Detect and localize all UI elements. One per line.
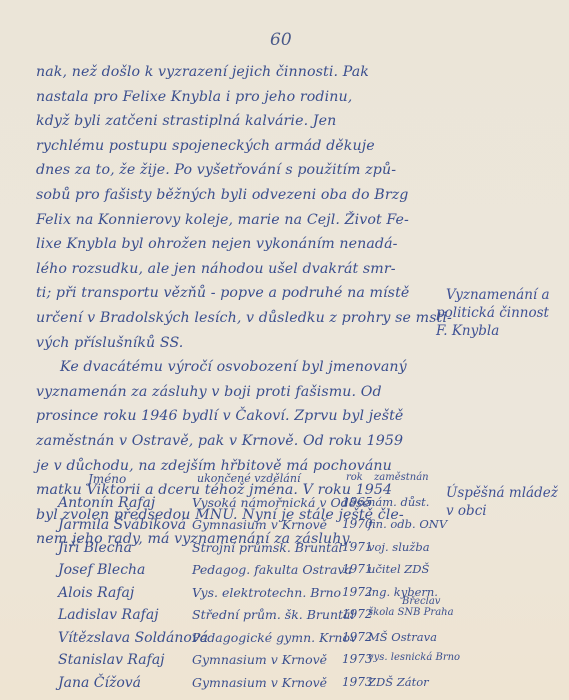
text-line: ti; při transportu vězňů - popve a podru… <box>36 281 446 306</box>
text-line: když byli zatčeni strastiplná kalvárie. … <box>36 109 446 134</box>
cell-name: Jiří Blecha <box>58 540 132 556</box>
cell-name: Alois Rafaj <box>58 585 134 601</box>
cell-education: Gymnasium v Krnově <box>192 652 327 667</box>
cell-name: Josef Blecha <box>58 562 145 578</box>
table-row: Stanislav Rafaj Gymnasium v Krnově 1973 … <box>0 652 569 675</box>
cell-education: Pedagog. fakulta Ostrava <box>192 562 352 577</box>
text-line: vých příslušníků SS. <box>36 331 446 356</box>
text-line: dnes za to, že žije. Po vyšetřování s po… <box>36 158 446 183</box>
cell-education: Strojní průmsk. Bruntál <box>192 540 343 555</box>
text-line: lého rozsudku, ale jen náhodou ušel dvak… <box>36 257 446 282</box>
cell-name: Ladislav Rafaj <box>58 607 159 623</box>
margin-note-line: F. Knybla <box>436 322 550 340</box>
cell-name: Jana Čížová <box>58 675 141 691</box>
cell-education: Pedagogické gymn. Krnov <box>192 630 357 645</box>
text-line: rychlému postupu spojeneckých armád děku… <box>36 134 446 159</box>
cell-education: Gymnasium v Krnově <box>192 517 327 532</box>
table-row: Ladislav Rafaj Střední prům. šk. Bruntál… <box>0 607 569 630</box>
table-row: Vítězslava Soldánová Pedagogické gymn. K… <box>0 630 569 653</box>
header-job: zaměstnán <box>374 472 429 483</box>
header-education: ukončené vzdělání <box>197 472 300 485</box>
cell-education: Střední prům. šk. Bruntál <box>192 607 354 622</box>
cell-education: Vys. elektrotechn. Brno <box>192 585 341 600</box>
text-line: sobů pro fašisty běžných byli odvezeni o… <box>36 183 446 208</box>
cell-job: voj. služba <box>368 540 430 554</box>
text-line: vyznamenán za zásluhy v boji proti fašis… <box>36 380 446 405</box>
header-year: rok <box>346 472 363 483</box>
cell-job: vys. lesnická Brno <box>368 652 460 663</box>
text-line: prosince roku 1946 bydlí v Čakoví. Zprvu… <box>36 404 446 429</box>
header-name: Jméno <box>88 472 126 486</box>
text-line: Felix na Konnierovy koleje, marie na Cej… <box>36 208 446 233</box>
table-row: Jana Čížová Gymnasium v Krnově 1973 ZDŠ … <box>0 675 569 698</box>
margin-note-line: politická činnost <box>436 304 550 322</box>
cell-job: škola SNB Praha <box>368 607 454 618</box>
cell-name: Stanislav Rafaj <box>58 652 165 668</box>
text-line: Ke dvacátému výročí osvobození byl jmeno… <box>36 355 446 380</box>
text-line: určení v Bradolských lesích, v důsledku … <box>36 306 446 331</box>
cell-job: MŠ Ostrava <box>368 630 437 644</box>
cell-name: Antonín Rafaj <box>58 495 155 511</box>
cell-education: Gymnasium v Krnově <box>192 675 327 690</box>
table-row: Antonín Rafaj Vysoká námořnická v Oděse … <box>0 495 569 518</box>
graduates-table: Jméno ukončené vzdělání rok zaměstnán An… <box>0 472 569 697</box>
table-row: Jarmila Švábíková Gymnasium v Krnově 197… <box>0 517 569 540</box>
cell-name: Vítězslava Soldánová <box>58 630 208 646</box>
page-number: 60 <box>270 30 292 50</box>
table-row: Josef Blecha Pedagog. fakulta Ostrava 19… <box>0 562 569 585</box>
cell-job: nám. důst. <box>368 495 429 509</box>
cell-job: učitel ZDŠ <box>368 562 429 576</box>
margin-note-awards: Vyznamenání a politická činnost F. Knybl… <box>446 286 550 340</box>
table-row: Jiří Blecha Strojní průmsk. Bruntál 1971… <box>0 540 569 563</box>
cell-job-note: Břeclav <box>402 596 440 607</box>
cell-job: fin. odb. ONV <box>368 517 447 531</box>
cell-name: Jarmila Švábíková <box>58 517 186 533</box>
text-line: lixe Knybla byl ohrožen nejen vykonáním … <box>36 232 446 257</box>
cell-job: ZDŠ Zátor <box>368 675 429 689</box>
table-header: Jméno ukončené vzdělání rok zaměstnán <box>0 472 569 495</box>
text-line: zaměstnán v Ostravě, pak v Krnově. Od ro… <box>36 429 446 454</box>
margin-note-line: Vyznamenání a <box>446 286 550 304</box>
text-line: nastala pro Felixe Knybla i pro jeho rod… <box>36 85 446 110</box>
text-line: nak, než došlo k vyzrazení jejich činnos… <box>36 60 446 85</box>
table-row: Alois Rafaj Vys. elektrotechn. Brno 1972… <box>0 585 569 608</box>
